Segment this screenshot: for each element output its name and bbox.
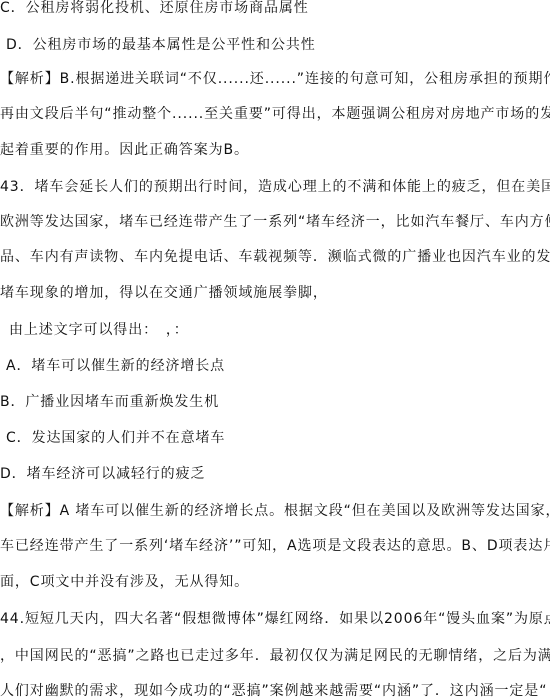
analysis-line: 起着重要的作用。因此正确答案为B。 <box>0 141 249 159</box>
question-44-line: ，中国网民的“恶搞”之路也已走过多年．最初仅仅为满足网民的无聊情绪，之后为满足 <box>0 647 550 665</box>
analysis-line: 再由文段后半句“推动整个......至关重要”可得出，本题强调公租房对房地产市场… <box>0 105 550 123</box>
analysis-line: 面，C项文中并没有涉及，无从得知。 <box>0 573 249 591</box>
question-43-line: 品、车内有声读物、车内免提电话、车载视频等．濒临式微的广播业也因汽车业的发展和 <box>0 248 550 266</box>
analysis-line: 【解析】A 堵车可以催生新的经济增长点。根据文段“但在美国以及欧洲等发达国家，堵 <box>0 502 550 520</box>
option-b-line: B．广播业因堵车而重新焕发生机 <box>0 393 219 411</box>
question-44-line: 人们对幽默的需求，现如今成功的“恶搞”案例越来越需要“内涵”了．这内涵一定是“ <box>0 682 547 700</box>
question-43-line: 欧洲等发达国家，堵车已经连带产生了一系列“堵车经济一，比如汽车餐厅、车内方便食 <box>0 213 550 231</box>
question-prompt: 由上述文字可以得出： ，： <box>9 321 189 339</box>
option-c-line: C．发达国家的人们并不在意堵车 <box>6 429 225 447</box>
analysis-line: 车已经连带产生了一系列‘堵车经济’”可知，A选项是文段表达的意思。B、D项表达片 <box>0 537 550 555</box>
question-43-line: 堵车现象的增加，得以在交通广播领域施展拳脚， <box>0 284 328 302</box>
option-d-line: D．公租房市场的最基本属性是公平性和公共性 <box>6 36 316 54</box>
question-44-line: 44.短短几天内，四大名著“假想微博体”爆红网络．如果以2006年“馒头血案”为… <box>0 610 550 628</box>
analysis-line: 【解析】B.根据递进关联词“不仅......还......”连接的句意可知，公租… <box>0 70 550 88</box>
option-d-line: D．堵车经济可以减轻行的疲乏 <box>0 465 205 483</box>
question-43-line: 43．堵车会延长人们的预期出行时间，造成心理上的不满和体能上的疲乏，但在美国以及 <box>0 178 550 196</box>
option-a-line: A．堵车可以催生新的经济增长点 <box>6 357 225 375</box>
option-c-line: C．公租房将弱化投机、还原住房市场商品属性 <box>0 0 309 17</box>
